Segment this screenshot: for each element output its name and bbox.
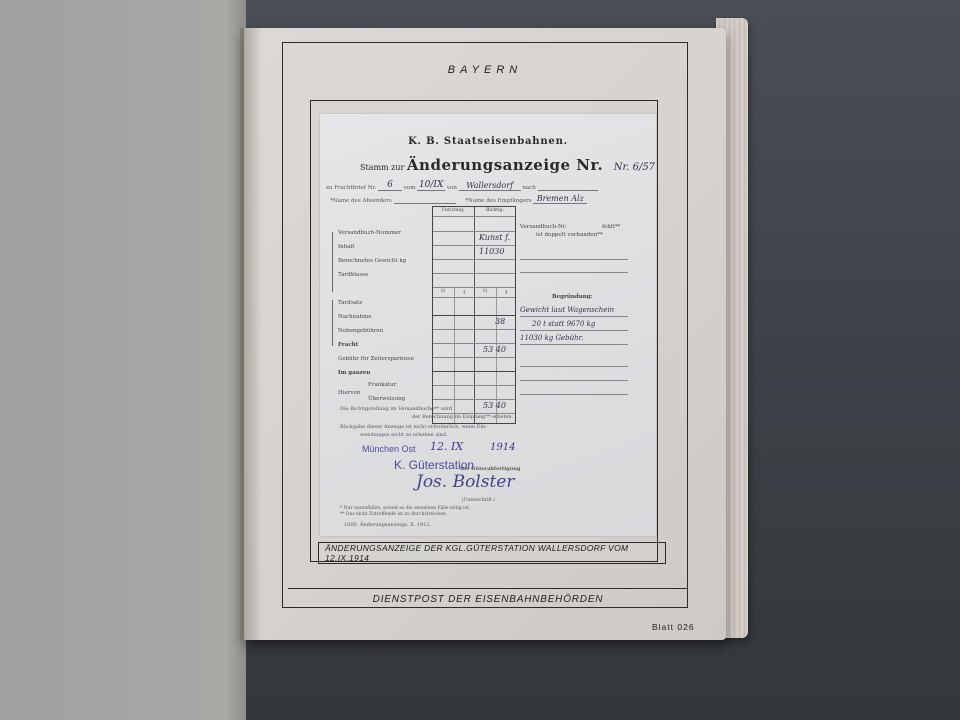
stamp-date: 12. IX [430, 440, 463, 453]
absender-value [394, 203, 456, 204]
consignment-line: zu Frachtbrief Nr. 6 vom 10/IX von Walle… [326, 180, 598, 191]
begruendung-line-3: 11030 kg Gebühr. [520, 334, 583, 342]
label-versandbuch: Versandbuch-Nummer [338, 230, 401, 236]
frachtbrief-value: 6 [378, 180, 402, 191]
footnote-line-3: Rückgabe dieser Anzeige ist nicht erford… [340, 424, 487, 430]
region-title: BAYERN [282, 64, 688, 76]
versandbuch-label: Versandbuch-Nr. [520, 224, 567, 230]
railway-change-notice-form: K. B. Staatseisenbahnen. Stamm zur Änder… [320, 114, 656, 536]
footnote-line-1: Die Richtigstellung im Versandbuche** wi… [340, 406, 452, 412]
form-title: Änderungsanzeige Nr. [407, 156, 603, 174]
brace-mid [332, 300, 333, 346]
signature: Jos. Bolster [416, 472, 515, 492]
label-tarifsatz: Tarifsatz [338, 300, 362, 306]
label-fracht: Fracht [338, 342, 358, 348]
label-nach: nach [522, 185, 535, 191]
label-nachnahme: Nachnahme [338, 314, 372, 320]
fehlt-label: fehlt** [602, 224, 620, 230]
begruendung-line-1: Gewicht laut Wagenschein [520, 306, 614, 314]
richtig-inhalt: Kunst f. [479, 233, 510, 242]
label-hiervon: Hiervon [338, 390, 360, 396]
form-heading: Stamm zur Änderungsanzeige Nr. Nr. 6/57 [360, 156, 655, 174]
label-ueberweisung: Überweisung [368, 396, 405, 402]
label-absender: *Name des Absenders [330, 198, 392, 204]
richtig-nachnahme: 38 [495, 317, 505, 326]
label-gewicht: Berechnetes Gewicht kg [338, 258, 406, 264]
label-zeitersparnis: Gebühr für Zeitersparnisse [338, 356, 414, 362]
vom-value: 10/IX [417, 180, 445, 191]
print-mark: 1000. Änderungsanzeige. X. 1912. [344, 522, 431, 528]
label-im-ganzen: Im ganzen [338, 370, 370, 376]
von-value: Wallersdorf [459, 181, 521, 191]
label-frachtbrief: zu Frachtbrief Nr. [326, 185, 376, 191]
currency-pf-2: ₰ [496, 289, 516, 295]
nach-value [538, 190, 598, 191]
footnote-line-2: der Berechnung im Empfang** erbeten. [412, 414, 513, 420]
header-richtig: Richtig: [475, 208, 515, 213]
currency-pf-1: ₰ [454, 289, 474, 295]
stamp-year: 1914 [490, 442, 515, 453]
label-tarifklasse: Tarifklasse [338, 272, 368, 278]
label-frankatur: Frankatur [368, 382, 396, 388]
richtig-ueberweisung: 53 40 [483, 401, 506, 410]
stub-label: Stamm zur [360, 163, 404, 172]
label-empfaenger: *Name des Empfängers [465, 198, 531, 204]
item-caption: ÄNDERUNGSANZEIGE DER KGL.GÜTERSTATION WA… [318, 542, 666, 564]
form-issuer: K. B. Staatseisenbahnen. [320, 136, 656, 147]
page-number: Blatt 026 [652, 622, 695, 632]
footnote-line-4: wendungen nicht zu erheben sind. [360, 432, 448, 438]
label-nebengebuehren: Nebengebühren [338, 328, 383, 334]
brace-top [332, 232, 333, 292]
station-stamp-place: München Ost [362, 444, 416, 454]
label-inhalt: Inhalt [338, 244, 355, 250]
empfaenger-value: Bremen Alz [533, 194, 587, 204]
label-von: von [447, 185, 457, 191]
asterisk-note-1: * Nur auszufüllen, soweit es die einzeln… [340, 506, 470, 511]
correction-table: Unrichtig: Richtig: ℳ ₰ ℳ ₰ Kunst f. 110… [432, 206, 516, 424]
begruendung-line-2: 20 t statt 9670 kg [532, 320, 595, 328]
richtig-fracht: 53 40 [483, 345, 506, 354]
names-line: *Name des Absenders *Name des Empfängers… [330, 194, 587, 204]
asterisk-note-2: ** Das nicht Zutreffende ist zu durchstr… [340, 512, 447, 517]
doppelt-label: ist doppelt vorhanden** [536, 232, 603, 238]
label-vom: vom [404, 185, 416, 191]
currency-mark-1: ℳ [433, 289, 453, 294]
book-gutter [240, 28, 262, 640]
notice-number: Nr. 6/57 [614, 162, 655, 173]
header-unrichtig: Unrichtig: [433, 208, 473, 213]
currency-mark-2: ℳ [475, 289, 495, 294]
page-footer-title: DIENSTPOST DER EISENBAHNBEHÖRDEN [288, 588, 688, 610]
begruendung-label: Begründung: [552, 294, 593, 300]
left-album-page [0, 0, 246, 720]
signature-label: (Unterschrift.) [462, 498, 495, 503]
richtig-gewicht: 11030 [479, 247, 504, 256]
